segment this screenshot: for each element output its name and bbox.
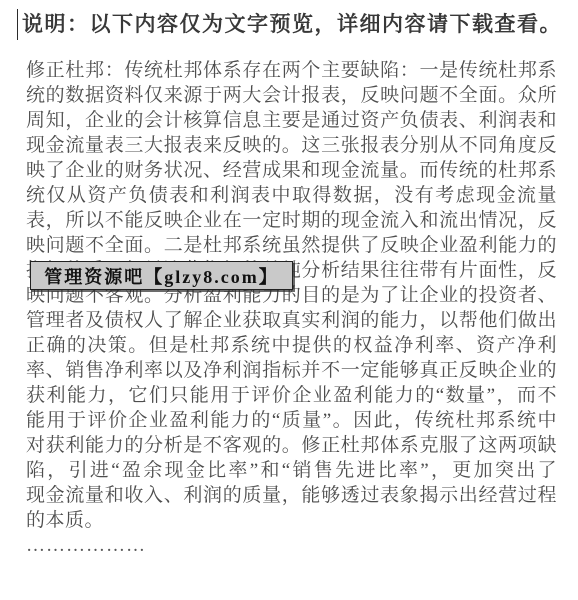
body-line: 能用于评价企业盈利能力的“质量”。因此，传统杜邦系统中 (26, 408, 557, 433)
body-line: 现金流量表三大报表来反映的。这三张报表分别从不同角度反 (26, 133, 557, 158)
body-line: 获利能力，它们只能用于评价企业盈利能力的“数量”，而不 (26, 383, 557, 408)
document-body: 修正杜邦：传统杜邦体系存在两个主要缺陷：一是传统杜邦系 统的数据资料仅来源于两大… (26, 58, 557, 558)
body-line: 映了企业的财务状况、经营成果和现金流量。而传统的杜邦系 (26, 158, 557, 183)
body-line: 周知，企业的会计核算信息主要是通过资产负债表、利润表和 (26, 108, 557, 133)
watermark-badge: 管理资源吧【glzy8.com】 (30, 261, 293, 290)
preview-notice: 说明：以下内容仅为文字预览，详细内容请下载查看。 (22, 8, 562, 38)
body-line: 率、销售净利率以及净利润指标并不一定能够真正反映企业的 (26, 358, 557, 383)
body-line: 统的数据资料仅来源于两大会计报表，反映问题不全面。众所 (26, 83, 557, 108)
body-line: 统仅从资产负债表和利润表中取得数据，没有考虑现金流量 (26, 183, 557, 208)
body-line: 的本质。 (26, 508, 557, 533)
text-cursor-caret (17, 9, 18, 40)
body-line: 管理者及债权人了解企业获取真实利润的能力，以帮他们做出 (26, 308, 557, 333)
body-line: 表，所以不能反映企业在一定时期的现金流入和流出情况，反 (26, 208, 557, 233)
body-line: 映问题不全面。二是杜邦系统虽然提供了反映企业盈利能力的 (26, 233, 557, 258)
body-line: 正确的决策。但是杜邦系统中提供的权益净利率、资产净利 (26, 333, 557, 358)
body-line: 对获利能力的分析是不客观的。修正杜邦体系克服了这两项缺 (26, 433, 557, 458)
body-line: 陷，引进“盈余现金比率”和“销售先进比率”，更加突出了 (26, 458, 557, 483)
ellipsis-line: ……………… (26, 533, 557, 558)
document-preview-page: 说明：以下内容仅为文字预览，详细内容请下载查看。 修正杜邦：传统杜邦体系存在两个… (0, 0, 578, 600)
body-line: 修正杜邦：传统杜邦体系存在两个主要缺陷：一是传统杜邦系 (26, 58, 557, 83)
body-line: 现金流量和收入、利润的质量，能够透过表象揭示出经营过程 (26, 483, 557, 508)
